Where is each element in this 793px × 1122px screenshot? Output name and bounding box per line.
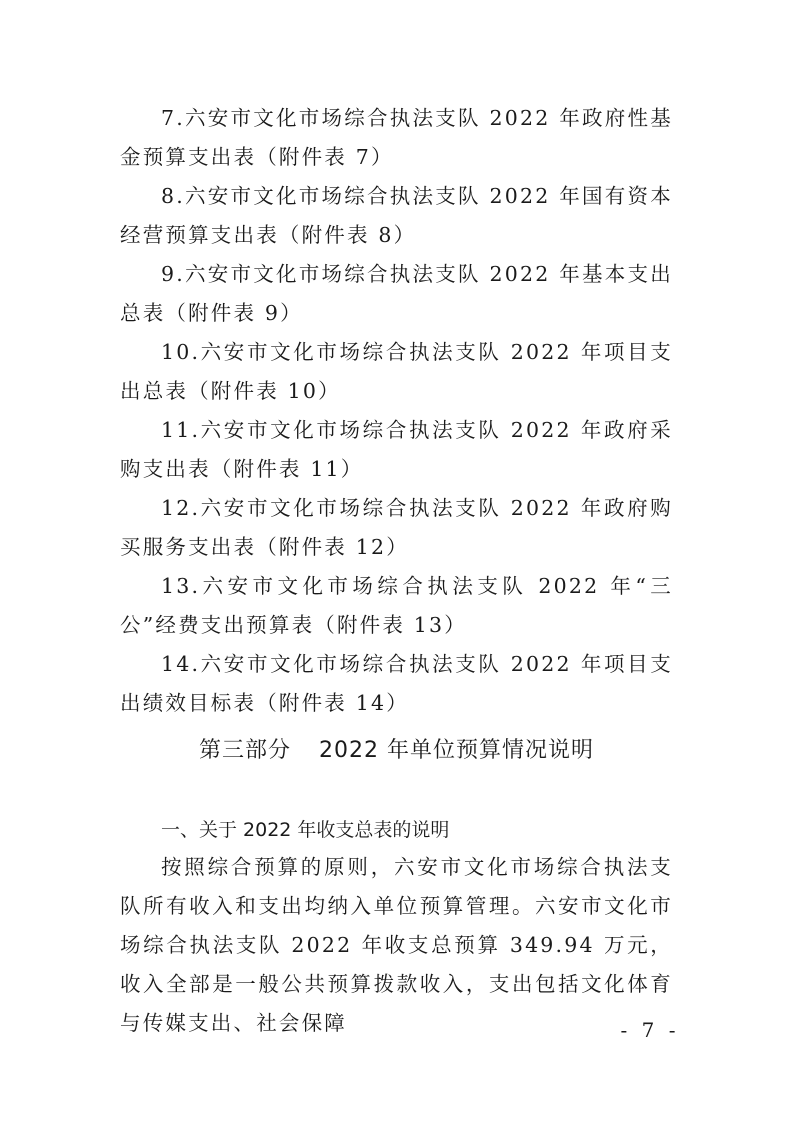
list-item-14: 14.六安市文化市场综合执法支队 2022 年项目支出绩效目标表（附件表 14） bbox=[120, 645, 673, 723]
list-item-11: 11.六安市文化市场综合执法支队 2022 年政府采购支出表（附件表 11） bbox=[120, 411, 673, 489]
list-item-8: 8.六安市文化市场综合执法支队 2022 年国有资本经营预算支出表（附件表 8） bbox=[120, 177, 673, 255]
subheading: 一、关于 2022 年收支总表的说明 bbox=[161, 812, 449, 848]
description-paragraph: 按照综合预算的原则，六安市文化市场综合执法支队所有收入和支出均纳入单位预算管理。… bbox=[120, 848, 673, 1043]
page-number: - 7 - bbox=[620, 1016, 680, 1044]
list-item-7: 7.六安市文化市场综合执法支队 2022 年政府性基金预算支出表（附件表 7） bbox=[120, 99, 673, 177]
list-item-10: 10.六安市文化市场综合执法支队 2022 年项目支出总表（附件表 10） bbox=[120, 333, 673, 411]
list-item-12: 12.六安市文化市场综合执法支队 2022 年政府购买服务支出表（附件表 12） bbox=[120, 489, 673, 567]
list-item-13: 13.六安市文化市场综合执法支队 2022 年“三公”经费支出预算表（附件表 1… bbox=[120, 567, 673, 645]
section-part-label: 第三部分 bbox=[199, 738, 291, 763]
section-title-text: 2022 年单位预算情况说明 bbox=[319, 738, 594, 763]
attachment-list: 7.六安市文化市场综合执法支队 2022 年政府性基金预算支出表（附件表 7） … bbox=[120, 99, 673, 723]
section-title: 第三部分2022 年单位预算情况说明 bbox=[0, 733, 793, 769]
list-item-9: 9.六安市文化市场综合执法支队 2022 年基本支出总表（附件表 9） bbox=[120, 255, 673, 333]
document-page: 7.六安市文化市场综合执法支队 2022 年政府性基金预算支出表（附件表 7） … bbox=[0, 0, 793, 1122]
description-block: 按照综合预算的原则，六安市文化市场综合执法支队所有收入和支出均纳入单位预算管理。… bbox=[120, 848, 673, 1043]
